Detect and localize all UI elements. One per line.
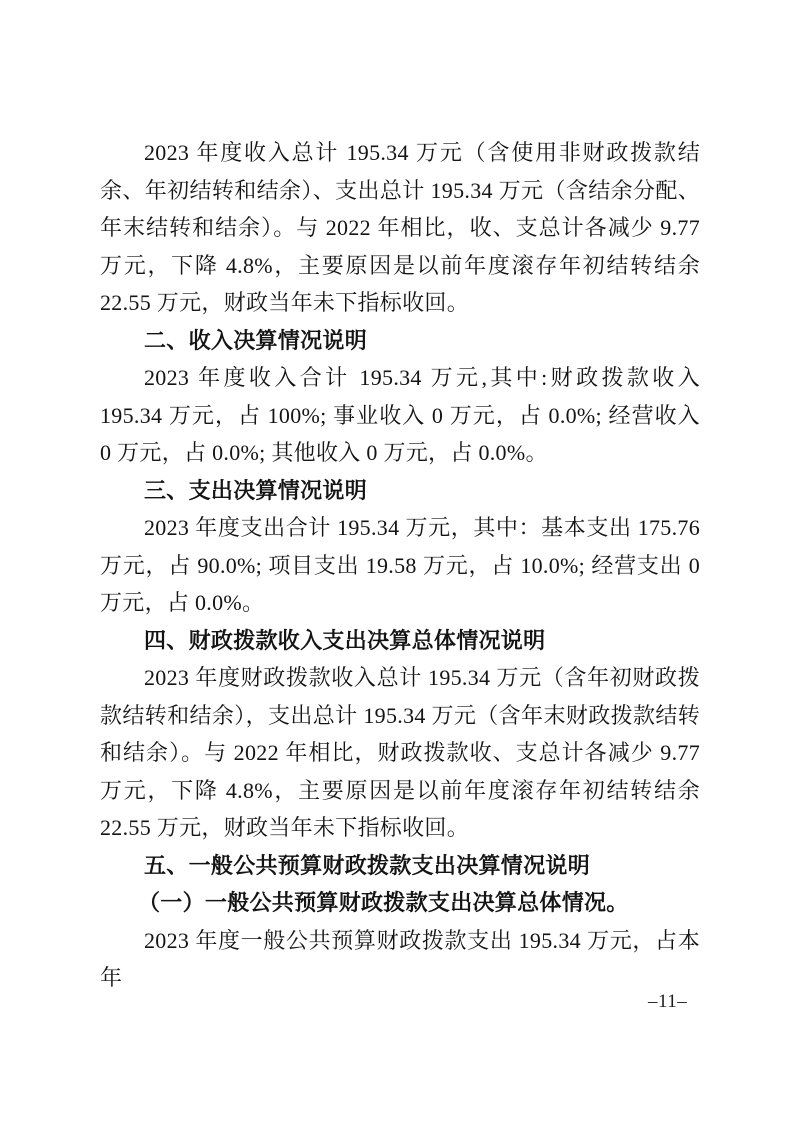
paragraph-income-breakdown: 2023 年度收入合计 195.34 万元,其中:财政拨款收入 195.34 万… [100, 359, 700, 472]
heading-section-3-expense-statement: 三、支出决算情况说明 [100, 472, 700, 510]
document-body: 2023 年度收入总计 195.34 万元（含使用非财政拨款结余、年初结转和结余… [100, 134, 700, 997]
paragraph-expense-breakdown: 2023 年度支出合计 195.34 万元，其中：基本支出 175.76 万元，… [100, 509, 700, 622]
heading-section-5-general-public-budget: 五、一般公共预算财政拨款支出决算情况说明 [100, 847, 700, 885]
heading-section-2-income-statement: 二、收入决算情况说明 [100, 322, 700, 360]
paragraph-total-income-expense-overview: 2023 年度收入总计 195.34 万元（含使用非财政拨款结余、年初结转和结余… [100, 134, 700, 322]
heading-section-4-fiscal-appropriation-overview: 四、财政拨款收入支出决算总体情况说明 [100, 622, 700, 660]
page-number: –11– [648, 991, 687, 1013]
paragraph-general-public-budget-expense: 2023 年度一般公共预算财政拨款支出 195.34 万元，占本年 [100, 922, 700, 997]
document-page: 2023 年度收入总计 195.34 万元（含使用非财政拨款结余、年初结转和结余… [0, 0, 793, 1122]
subheading-5-1-general-public-budget-overview: （一）一般公共预算财政拨款支出决算总体情况。 [100, 884, 700, 922]
paragraph-fiscal-appropriation-detail: 2023 年度财政拨款收入总计 195.34 万元（含年初财政拨款结转和结余），… [100, 659, 700, 847]
